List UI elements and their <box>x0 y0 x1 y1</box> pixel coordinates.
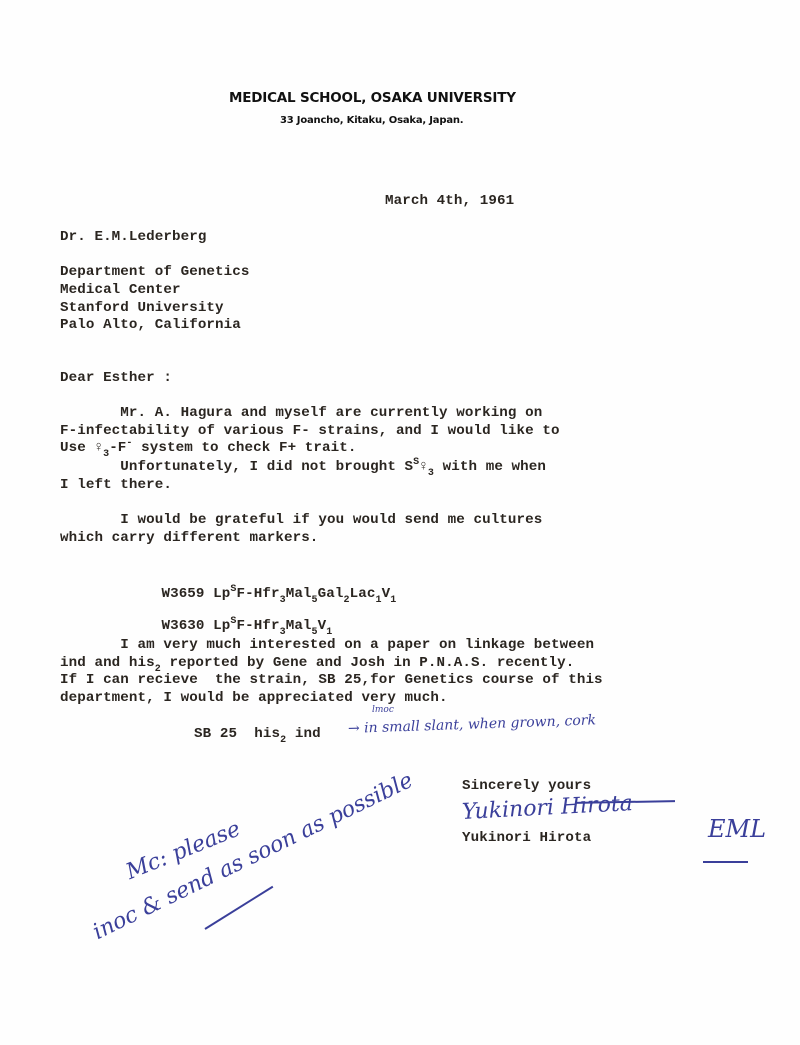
body-line: I left there. <box>60 476 172 494</box>
text: Unfortunately, I did not brought S <box>60 459 413 475</box>
initials-underline <box>703 861 748 863</box>
handwritten-caret-note: lmoc <box>372 705 394 715</box>
typed-signature: Yukinori Hirota <box>462 829 591 847</box>
body-line: If I can recieve the strain, SB 25,for G… <box>60 671 603 689</box>
strain-request: SB 25 his2 ind <box>194 725 321 743</box>
recipient-address-line: Stanford University <box>60 299 224 317</box>
text: ind <box>286 726 320 742</box>
text: V <box>382 586 391 602</box>
body-line: F-infectability of various F- strains, a… <box>60 422 560 440</box>
body-line: I would be grateful if you would send me… <box>60 511 542 529</box>
text: system to check F+ trait. <box>133 440 357 456</box>
letter-date: March 4th, 1961 <box>385 192 514 210</box>
text: with me when <box>434 459 546 475</box>
text: -F <box>109 440 126 456</box>
text: SB 25 his <box>194 726 280 742</box>
handwritten-margin-note: → in small slant, when grown, cork <box>348 712 596 737</box>
handwritten-initials: EML <box>708 815 766 843</box>
text: Lp <box>213 618 230 634</box>
recipient-address-line: Palo Alto, California <box>60 316 241 334</box>
letterhead-institution: MEDICAL SCHOOL, OSAKA UNIVERSITY <box>229 90 529 106</box>
text: ♀ <box>419 459 428 475</box>
text: reported by Gene and Josh in P.N.A.S. re… <box>161 655 574 671</box>
handwritten-signature: Yukinori Hirota <box>461 791 633 825</box>
subscript: 1 <box>390 595 396 606</box>
closing: Sincerely yours <box>462 777 591 795</box>
body-line: I am very much interested on a paper on … <box>60 636 594 654</box>
text: Lac <box>350 586 376 602</box>
letterhead-address: 33 Joancho, Kitaku, Osaka, Japan. <box>280 115 463 126</box>
salutation: Dear Esther : <box>60 369 172 387</box>
recipient-name: Dr. E.M.Lederberg <box>60 228 206 246</box>
body-line: Use ♀3-F- system to check F+ trait. <box>60 439 357 457</box>
letter-page: MEDICAL SCHOOL, OSAKA UNIVERSITY 33 Joan… <box>0 0 800 1045</box>
recipient-address-line: Department of Genetics <box>60 263 250 281</box>
body-line: Unfortunately, I did not brought SS♀3 wi… <box>60 458 546 476</box>
text: ind and his <box>60 655 155 671</box>
text: V <box>318 618 327 634</box>
note-underline <box>204 886 273 930</box>
strain-id: W3630 <box>161 618 204 634</box>
text: Use ♀ <box>60 440 103 456</box>
recipient-address-line: Medical Center <box>60 281 181 299</box>
text: Mal <box>286 618 312 634</box>
text: F-Hfr <box>237 618 280 634</box>
body-line: ind and his2 reported by Gene and Josh i… <box>60 654 574 672</box>
body-line: which carry different markers. <box>60 529 318 547</box>
body-line: Mr. A. Hagura and myself are currently w… <box>60 404 542 422</box>
